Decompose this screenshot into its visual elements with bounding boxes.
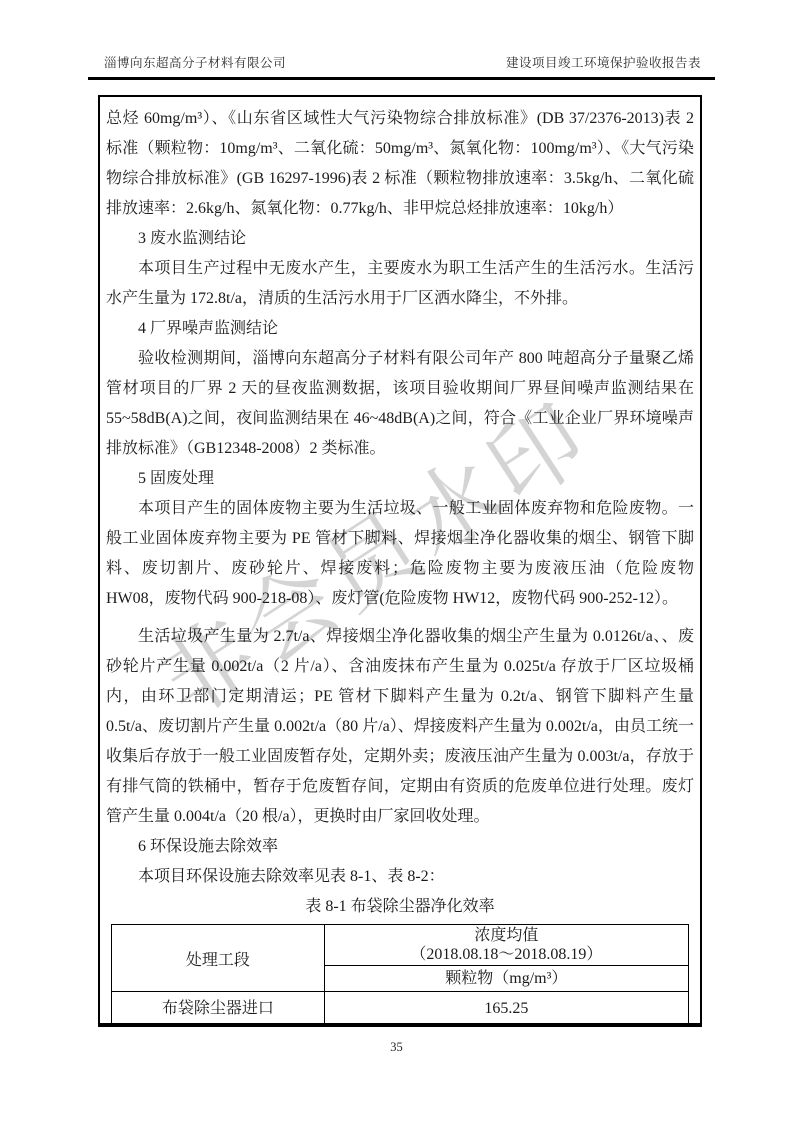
document-page: 淄博向东超高分子材料有限公司 建设项目竣工环境保护验收报告表 非会员水印 总烃 … [0,0,793,1122]
concentration-mean-label: 浓度均值 [327,926,686,945]
col-header-process-stage: 处理工段 [112,925,325,992]
body-text: 总烃 60mg/m³）、《山东省区域性大气污染物综合排放标准》(DB 37/23… [106,104,694,892]
header-company-name: 淄博向东超高分子材料有限公司 [104,53,286,71]
paragraph-noise: 验收检测期间，淄博向东超高分子材料有限公司年产 800 吨超高分子量聚乙烯管材项… [106,344,694,464]
removal-efficiency-table: 处理工段 浓度均值 （2018.08.18～2018.08.19） 颗粒物（mg… [111,924,689,1027]
paragraph-standards-continuation: 总烃 60mg/m³）、《山东省区域性大气污染物综合排放标准》(DB 37/23… [106,104,694,224]
paragraph-see-tables: 本项目环保设施去除效率见表 8-1、表 8-2： [106,862,694,892]
table-caption: 表 8-1 布袋除尘器净化效率 [106,895,694,919]
header-report-title: 建设项目竣工环境保护验收报告表 [506,53,701,71]
content-border-box: 总烃 60mg/m³）、《山东省区域性大气污染物综合排放标准》(DB 37/23… [98,95,702,1027]
section-heading-solid-waste: 5 固废处理 [106,464,694,494]
paragraph-wastewater: 本项目生产过程中无废水产生，主要废水为职工生活产生的生活污水。生活污水产生量为 … [106,254,694,314]
cell-value: 165.25 [324,992,688,1027]
header-rule [88,77,715,80]
concentration-mean-date-range: （2018.08.18～2018.08.19） [327,945,686,964]
col-header-concentration-mean: 浓度均值 （2018.08.18～2018.08.19） [324,925,688,966]
table-row: 布袋除尘器进口 165.25 [112,992,689,1027]
page-number: 35 [0,1040,793,1055]
cell-stage: 布袋除尘器进口 [112,992,325,1027]
section-heading-removal-efficiency: 6 环保设施去除效率 [106,832,694,862]
paragraph-solid-waste-amounts: 生活垃圾产生量为 2.7t/a、焊接烟尘净化器收集的烟尘产生量为 0.0126t… [106,622,694,832]
table-header-row-1: 处理工段 浓度均值 （2018.08.18～2018.08.19） [112,925,689,966]
col-header-particulate: 颗粒物（mg/m³） [324,966,688,992]
paragraph-solid-waste-types: 本项目产生的固体废物主要为生活垃圾、一般工业固体废弃物和危险废物。一般工业固体废… [106,494,694,614]
section-heading-wastewater: 3 废水监测结论 [106,224,694,254]
section-heading-noise: 4 厂界噪声监测结论 [106,314,694,344]
